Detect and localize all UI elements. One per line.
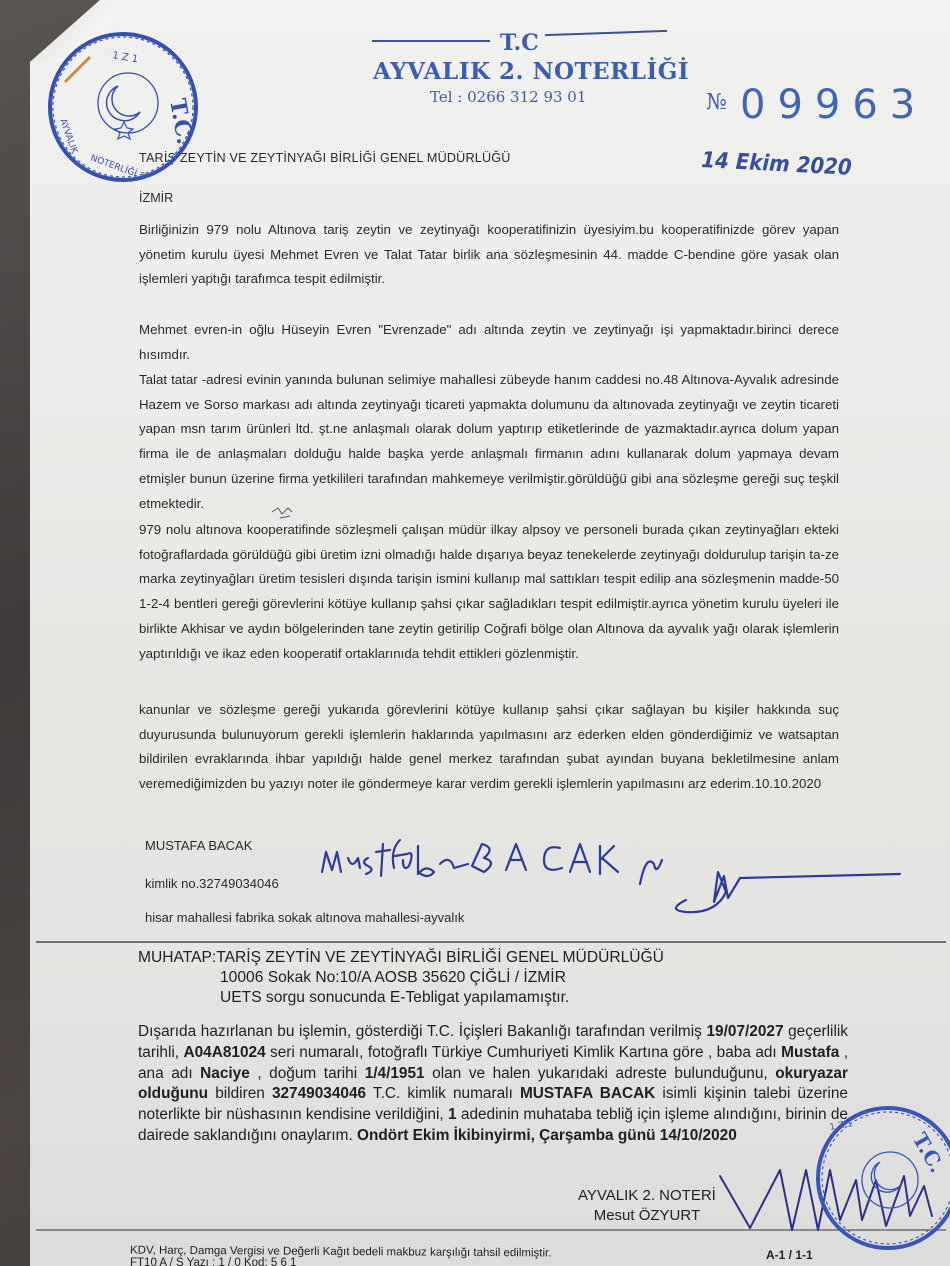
tc-id-number: 32749034046 <box>272 1085 366 1102</box>
section-divider <box>36 941 946 943</box>
paragraph-5: kanunlar ve sözleşme gereği yukarıda gör… <box>139 698 839 797</box>
copy-count: 1 <box>448 1106 457 1123</box>
addressee-block: MUHATAP:TARİŞ ZEYTİN VE ZEYTİNYAĞI BİRLİ… <box>138 948 664 1008</box>
applicant-name: MUSTAFA BACAK <box>520 1085 655 1102</box>
paragraph-2: Mehmet evren-in oğlu Hüseyin Evren "Evre… <box>139 318 839 367</box>
state-label: T.C <box>500 30 539 56</box>
notary-name: Mesut ÖZYURT <box>578 1206 716 1226</box>
id-validity-date: 19/07/2027 <box>706 1023 783 1040</box>
uets-note: UETS sorgu sonucunda E-Tebligat yapılama… <box>138 988 664 1008</box>
father-name: Mustafa <box>781 1044 839 1061</box>
sender-address: hisar mahallesi fabrika sokak altınova m… <box>145 906 464 931</box>
cert-text: Dışarıda hazırlanan bu işlemin, gösterdi… <box>138 1023 706 1040</box>
cert-text: bildiren <box>208 1085 272 1102</box>
notary-title: AYVALIK 2. NOTERİ <box>578 1186 716 1206</box>
mother-name: Naciye <box>200 1065 250 1082</box>
id-serial-number: A04A81024 <box>183 1044 265 1061</box>
recipient: TARİŞ ZEYTİN VE ZEYTİNYAĞI BİRLİĞİ GENEL… <box>139 146 511 171</box>
cert-text: olan ve halen yukarıdaki adreste bulundu… <box>425 1065 776 1082</box>
notary-certification: Dışarıda hazırlanan bu işlemin, gösterdi… <box>138 1022 848 1147</box>
paragraph-3: Talat tatar -adresi evinin yanında bulun… <box>139 368 839 516</box>
header-rule-left <box>372 40 490 42</box>
notary-phone: Tel : 0266 312 93 01 <box>430 88 586 106</box>
footer-divider <box>36 1229 946 1231</box>
cert-text: , doğum tarihi <box>250 1065 365 1082</box>
sender-name: MUSTAFA BACAK <box>145 834 252 859</box>
paragraph-4: 979 nolu altınova kooperatifinde sözleşm… <box>139 518 839 666</box>
cert-text: T.C. kimlik numaralı <box>366 1085 520 1102</box>
code-line: FT10 A / S Yazı : 1 / 0 Kod: 5 6 1 <box>130 1257 296 1266</box>
page-number: A-1 / 1-1 <box>766 1248 813 1262</box>
number-label: № <box>706 90 727 115</box>
notary-office-title: AYVALIK 2. NOTERLİĞİ <box>373 58 689 85</box>
certification-date: Ondört Ekim İkibinyirmi, Çarşamba günü 1… <box>357 1127 737 1144</box>
document-number: 09963 <box>740 82 927 128</box>
birth-date: 1/4/1951 <box>365 1065 425 1082</box>
notary-signature-block: AYVALIK 2. NOTERİ Mesut ÖZYURT <box>578 1186 716 1226</box>
addressee-address: 10006 Sokak No:10/A AOSB 35620 ÇİĞLİ / İ… <box>138 968 664 988</box>
sender-id: kimlik no.32749034046 <box>145 872 279 897</box>
recipient-city: İZMİR <box>139 186 173 211</box>
paragraph-1: Birliğinizin 979 nolu Altınova tariş zey… <box>139 218 839 292</box>
cert-text: seri numaralı, fotoğraflı Türkiye Cumhur… <box>266 1044 782 1061</box>
addressee-line: MUHATAP:TARİŞ ZEYTİN VE ZEYTİNYAĞI BİRLİ… <box>138 949 664 966</box>
